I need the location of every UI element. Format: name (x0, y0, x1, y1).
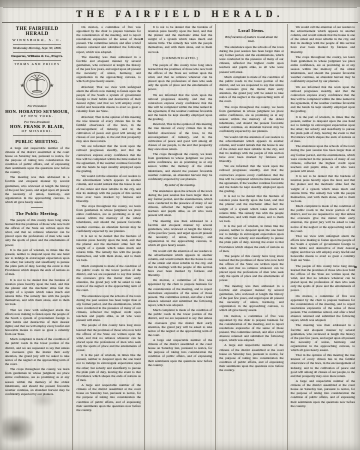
column-rule (13, 135, 61, 136)
article-paragraph: It is not to be denied that the burdens … (76, 234, 140, 263)
article-paragraph: It is not to be denied that the burdens … (291, 174, 355, 203)
article-paragraph: It is the part of wisdom, in times like … (76, 353, 140, 382)
column-rule (13, 60, 61, 61)
article-paragraph: It is not to be denied that the burdens … (5, 278, 69, 307)
article-paragraph: The crops throughout the county, we lear… (291, 55, 355, 84)
section-divider (31, 207, 43, 208)
article-paragraph: The meeting was then addressed in a forc… (5, 175, 69, 204)
article-paragraph: On motion, a committee of five was appoi… (219, 314, 283, 343)
columns-area: THE FAIRFIELD HERALDWINNSBORO, S. C.Wedn… (2, 24, 358, 450)
article-paragraph: Much complaint is made of the condition … (5, 337, 69, 366)
article-paragraph: We are informed that the work upon the r… (219, 164, 283, 193)
article-paragraph: The meeting was then addressed in a forc… (76, 55, 140, 84)
communicated-tag: [COMMUNICATED.] (148, 56, 212, 60)
article-paragraph: The crops throughout the county, we lear… (5, 367, 69, 396)
newspaper-page: THE FAIRFIELD HERALD. THE FAIRFIELD HERA… (0, 0, 360, 450)
article-paragraph: It is not to be denied that the burdens … (148, 25, 212, 54)
svg-text:★: ★ (20, 83, 25, 89)
article-paragraph: It is the part of wisdom, in times like … (291, 115, 355, 144)
article-paragraph: It is not to be denied that the burdens … (219, 194, 283, 223)
article-paragraph: The people of this county have long sinc… (291, 264, 355, 293)
column-3: It is not to be denied that the burdens … (144, 24, 215, 450)
italic-note: By order of the meeting. (150, 183, 210, 187)
article-paragraph: On motion, a committee of five was appoi… (148, 278, 212, 307)
column-rule (13, 52, 61, 53)
article-paragraph: We are informed that the work upon the r… (76, 144, 140, 173)
article-paragraph: The attendance upon the schools of the t… (76, 294, 140, 323)
article-paragraph: We would call the attention of our reade… (76, 174, 140, 203)
article-paragraph: On motion, a committee of five was appoi… (291, 294, 355, 323)
article-paragraph: That we view with unfeigned alarm the ef… (291, 234, 355, 263)
article-paragraph: The attendance upon the schools of the t… (148, 189, 212, 218)
state-seal-icon: ★★ (5, 68, 69, 102)
article-paragraph: We would call the attention of our reade… (291, 25, 355, 54)
article-paragraph: A large and respectable number of the ci… (291, 379, 355, 408)
article-paragraph: Much complaint is made of the condition … (219, 75, 283, 104)
article-paragraph: That in the opinion of this meeting the … (291, 353, 355, 378)
article-paragraph: The crops throughout the county, we lear… (76, 204, 140, 233)
section-heading: The Public Meeting. (5, 211, 69, 216)
candidate-state: OF MISSOURI. (5, 129, 69, 133)
masthead: THE FAIRFIELD HERALD. (0, 0, 360, 23)
svg-text:★: ★ (50, 83, 55, 89)
candidate-state: OF NEW YORK. (5, 114, 69, 118)
article-paragraph: The attendance upon the schools of the t… (219, 45, 283, 74)
section-heading: PUBLIC MEETING. (5, 139, 69, 144)
article-paragraph: The crops throughout the county, we lear… (219, 105, 283, 134)
article-paragraph: The meeting was then addressed in a forc… (291, 323, 355, 352)
meeting-resolution: Resolved, That we view with unfeigned al… (76, 85, 140, 114)
location-line: WINNSBORO, S. C. (5, 38, 69, 42)
article-paragraph: A large and respectable number of the ci… (219, 343, 283, 372)
meeting-resolution: Resolved, That in the opinion of this me… (76, 115, 140, 144)
paper-name: THE FAIRFIELD HERALD (5, 27, 69, 37)
article-paragraph: A large and respectable number of the ci… (5, 146, 69, 175)
article-paragraph: A large and respectable number of the ci… (148, 338, 212, 367)
ticket-office-label: For President: (5, 104, 69, 108)
article-paragraph: The attendance upon the schools of the t… (291, 144, 355, 173)
masthead-top-rule (3, 7, 357, 8)
article-paragraph: It is the part of wisdom, in times like … (219, 224, 283, 253)
masthead-title: THE FAIRFIELD HERALD. (0, 9, 360, 19)
article-paragraph: A large and respectable number of the ci… (76, 383, 140, 412)
article-paragraph: The people of this county have long sinc… (219, 254, 283, 283)
column-5: We would call the attention of our reade… (287, 24, 358, 450)
italic-note: Brief mention of matters in and about th… (221, 35, 281, 43)
article-paragraph: The meeting was then addressed in a forc… (219, 284, 283, 313)
terms-line: TERMS AND PRICES (5, 62, 69, 66)
article-paragraph: It is the part of wisdom, in times like … (5, 248, 69, 277)
article-paragraph: The people of this county have long sinc… (148, 63, 212, 92)
article-paragraph: We are informed that the work upon the r… (148, 93, 212, 122)
masthead-bottom-rule (2, 22, 358, 23)
article-paragraph: The people of this county have long sinc… (76, 323, 140, 352)
column-1: THE FAIRFIELD HERALDWINNSBORO, S. C.Wedn… (2, 24, 72, 450)
column-rule (13, 44, 61, 45)
column-2: On motion, a committee of five was appoi… (72, 24, 143, 450)
article-paragraph: Much complaint is made of the condition … (148, 308, 212, 337)
publisher-line: Desportes, Williams & Co., Prop'rs. (5, 54, 69, 58)
candidate-name: HON. HORATIO SEYMOUR, (5, 109, 69, 114)
article-paragraph: The people of this county have long sinc… (5, 218, 69, 247)
article-paragraph: Much complaint is made of the condition … (76, 264, 140, 293)
column-4: Local Items.Brief mention of matters in … (215, 24, 286, 450)
meeting-resolution: Resolved, That in the opinion of this me… (148, 122, 212, 151)
date-line: Wednesday Morning, Sept. 30, 1868. (5, 46, 69, 50)
article-paragraph: Much complaint is made of the condition … (291, 204, 355, 233)
article-paragraph: On motion, a committee of five was appoi… (76, 25, 140, 54)
article-paragraph: That we view with unfeigned alarm the ef… (5, 308, 69, 337)
section-heading: Local Items. (219, 28, 283, 33)
article-paragraph: We would call the attention of our reade… (148, 249, 212, 278)
article-paragraph: We would call the attention of our reade… (219, 135, 283, 164)
article-paragraph: The meeting was then addressed in a forc… (148, 219, 212, 248)
ticket-office-label: For Vice-President: (5, 120, 69, 124)
article-paragraph: The crops throughout the county, we lear… (148, 152, 212, 181)
article-paragraph: We are informed that the work upon the r… (291, 85, 355, 114)
